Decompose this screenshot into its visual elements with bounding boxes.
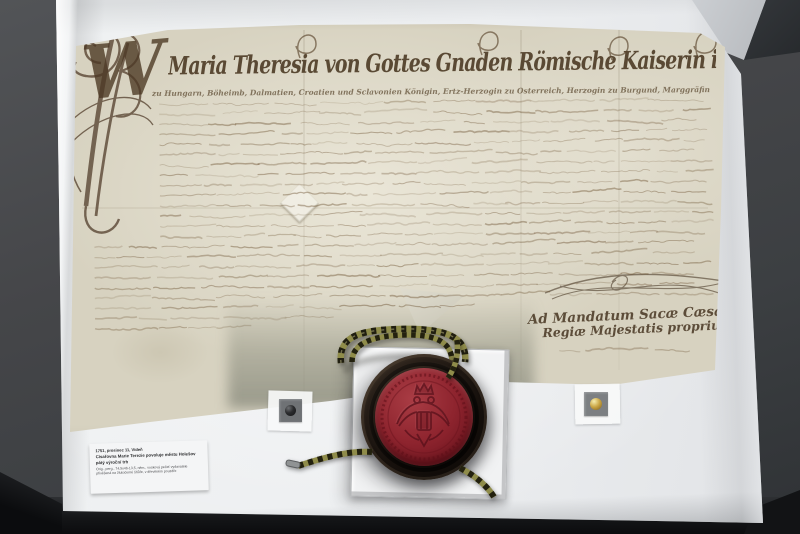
mounting-pin-right (584, 392, 608, 416)
fold-line (82, 207, 708, 209)
mounting-pin-left (279, 399, 302, 422)
seal-wooden-case (361, 354, 487, 480)
seal-emboss (382, 375, 466, 459)
charter-subheading: zu Hungarn, Böheimb, Dalmatien, Croatien… (152, 86, 712, 97)
signature-flourish (545, 274, 742, 299)
exhibit-label-text: 1751, prosinec 11, Vídeň Císařovna Marie… (95, 445, 210, 477)
seal-coat-of-arms (375, 368, 473, 466)
pin-head-dark (285, 405, 296, 416)
parchment-crease-patch (280, 184, 318, 222)
wax-seal (375, 368, 473, 466)
archive-photo: W Maria Theresia von Gottes Gnaden Römis… (0, 0, 800, 534)
exhibit-label: 1751, prosinec 11, Vídeň Císařovna Marie… (89, 440, 209, 494)
charter-heading: Maria Theresia von Gottes Gnaden Römisch… (168, 46, 716, 82)
pin-head-gold (590, 398, 602, 410)
